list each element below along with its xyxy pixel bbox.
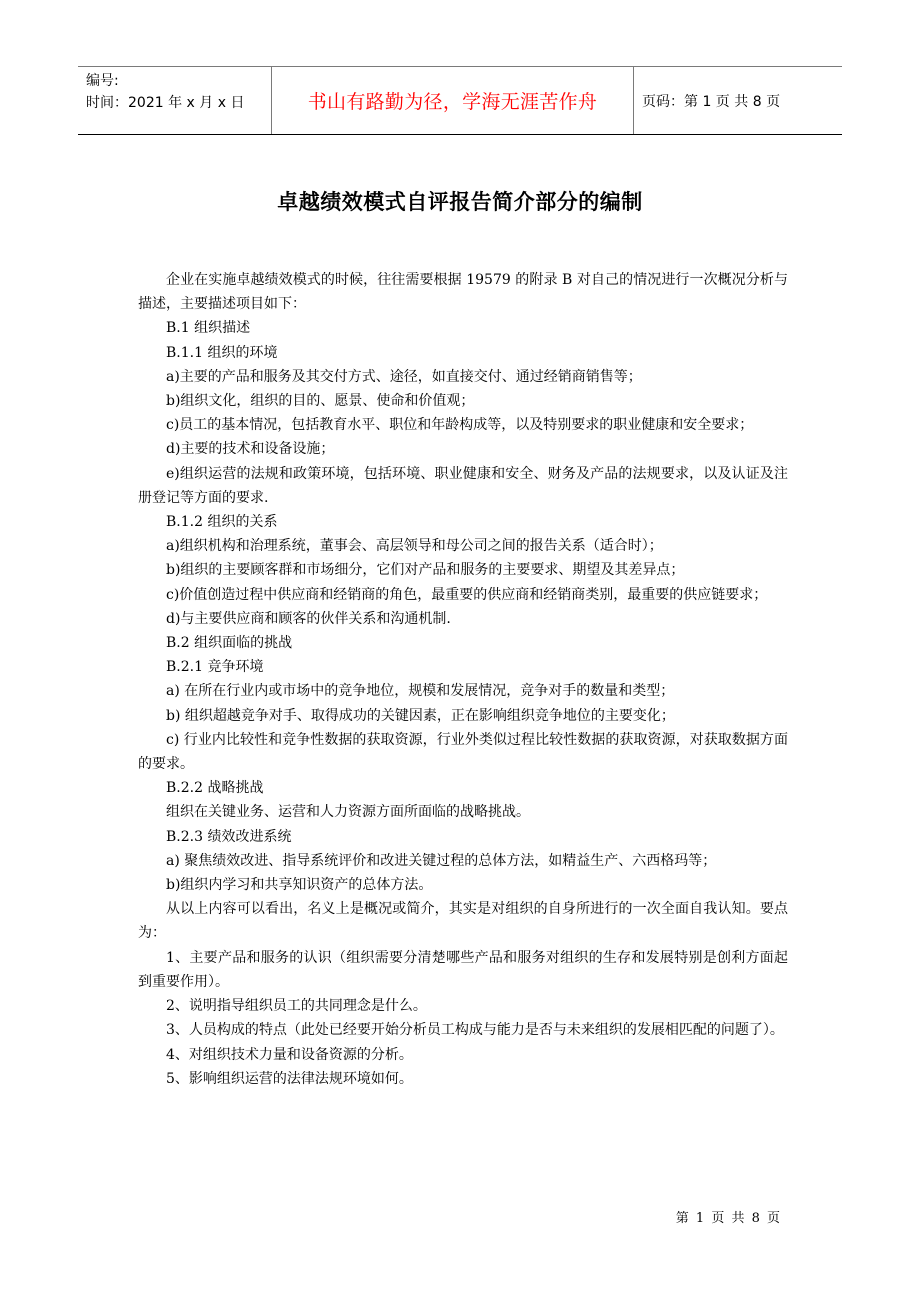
document-title: 卓越绩效模式自评报告简介部分的编制 [0,186,920,216]
paragraph: 组织在关键业务、运营和人力资源方面所面临的战略挑战。 [138,800,788,824]
key-point: 1、主要产品和服务的认识（组织需要分清楚哪些产品和服务对组织的生存和发展特别是创… [138,946,788,994]
paragraph-summary: 从以上内容可以看出，名义上是概况或简介，其实是对组织的自身所进行的一次全面自我认… [138,897,788,945]
document-body: 企业在实施卓越绩效模式的时候，往往需要根据 19579 的附录 B 对自己的情况… [138,268,788,1091]
paragraph-intro: 企业在实施卓越绩效模式的时候，往往需要根据 19579 的附录 B 对自己的情况… [138,268,788,316]
list-item: a)主要的产品和服务及其交付方式、途径，如直接交付、通过经销商销售等； [138,365,788,389]
list-item: d)主要的技术和设备设施； [138,437,788,461]
list-item: c)员工的基本情况，包括教育水平、职位和年龄构成等，以及特别要求的职业健康和安全… [138,413,788,437]
header-motto-cell: 书山有路勤为径，学海无涯苦作舟 [272,67,634,134]
list-item: b)组织文化，组织的目的、愿景、使命和价值观； [138,389,788,413]
heading-b2-3: B.2.3 绩效改进系统 [138,825,788,849]
key-point: 2、说明指导组织员工的共同理念是什么。 [138,994,788,1018]
heading-b2-1: B.2.1 竞争环境 [138,655,788,679]
list-item: c) 行业内比较性和竞争性数据的获取资源，行业外类似过程比较性数据的获取资源，对… [138,728,788,776]
list-item: d)与主要供应商和顾客的伙伴关系和沟通机制. [138,607,788,631]
header-page-number: 页码：第 1 页 共 8 页 [642,91,780,111]
header-page-cell: 页码：第 1 页 共 8 页 [634,67,842,134]
key-point: 4、对组织技术力量和设备资源的分析。 [138,1043,788,1067]
list-item: a) 聚焦绩效改进、指导系统评价和改进关键过程的总体方法，如精益生产、六西格玛等… [138,849,788,873]
list-item: e)组织运营的法规和政策环境，包括环境、职业健康和安全、财务及产品的法规要求，以… [138,462,788,510]
list-item: b)组织内学习和共享知识资产的总体方法。 [138,873,788,897]
heading-b2: B.2 组织面临的挑战 [138,631,788,655]
heading-b1-2: B.1.2 组织的关系 [138,510,788,534]
heading-b1-1: B.1.1 组织的环境 [138,341,788,365]
header-table: 编号: 时间：2021 年 x 月 x 日 书山有路勤为径，学海无涯苦作舟 页码… [78,66,842,135]
heading-b1: B.1 组织描述 [138,316,788,340]
list-item: a)组织机构和治理系统，董事会、高层领导和母公司之间的报告关系（适合时）； [138,534,788,558]
motto-text: 书山有路勤为径，学海无涯苦作舟 [308,87,598,114]
list-item: a) 在所在行业内或市场中的竞争地位，规模和发展情况，竞争对手的数量和类型； [138,679,788,703]
date-label: 时间：2021 年 x 月 x 日 [86,92,271,114]
heading-b2-2: B.2.2 战略挑战 [138,776,788,800]
list-item: b)组织的主要顾客群和市场细分，它们对产品和服务的主要要求、期望及其差异点； [138,558,788,582]
footer-page-number: 第 1 页 共 8 页 [676,1207,780,1226]
list-item: c)价值创造过程中供应商和经销商的角色，最重要的供应商和经销商类别，最重要的供应… [138,583,788,607]
serial-number-label: 编号: [86,70,271,92]
list-item: b) 组织超越竞争对手、取得成功的关键因素，正在影响组织竞争地位的主要变化； [138,704,788,728]
header-meta-cell: 编号: 时间：2021 年 x 月 x 日 [78,67,272,134]
key-point: 3、人员构成的特点（此处已经要开始分析员工构成与能力是否与未来组织的发展相匹配的… [138,1018,788,1042]
key-point: 5、影响组织运营的法律法规环境如何。 [138,1067,788,1091]
